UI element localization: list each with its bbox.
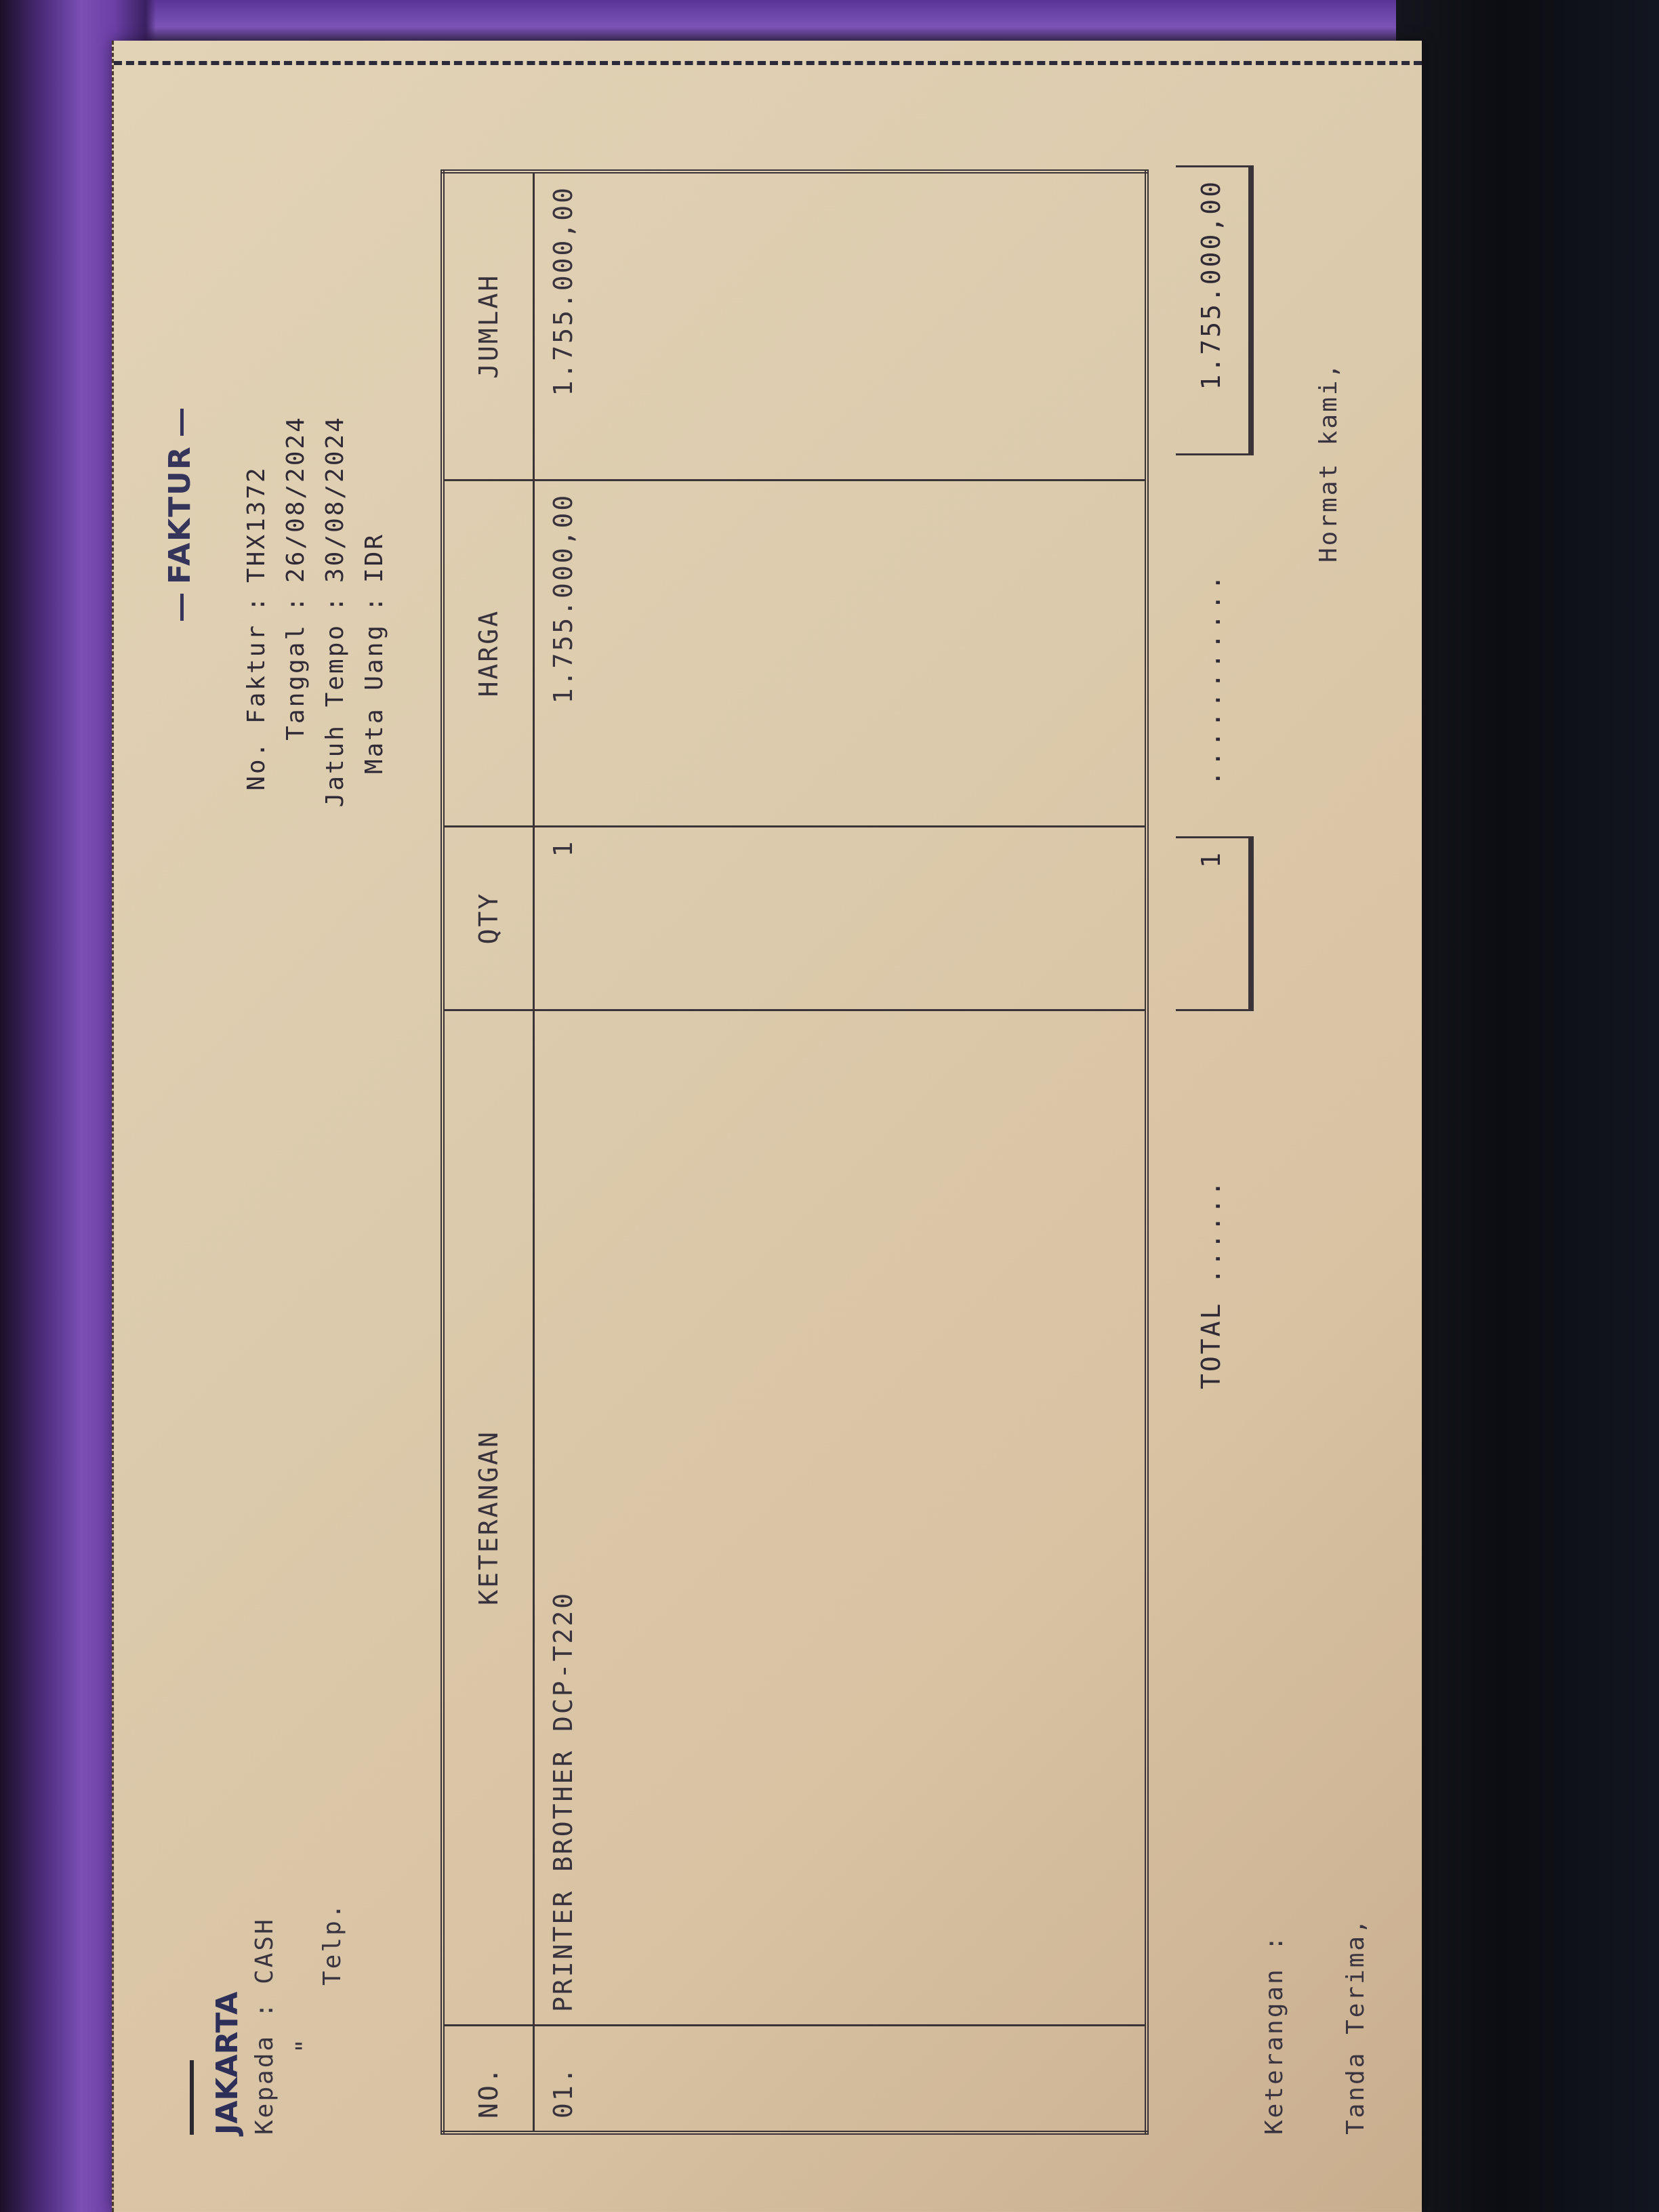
column-header-jumlah: JUMLAH xyxy=(443,171,534,480)
total-qty: 1 xyxy=(1176,838,1226,1009)
invoice-meta: No. Faktur : THX1372 Tanggal : 26/08/202… xyxy=(237,415,394,867)
company-city: JAKARTA xyxy=(210,1992,245,2135)
row-no: 01. xyxy=(534,2026,1147,2133)
invoice-number: THX1372 xyxy=(237,466,276,583)
dark-surface-background xyxy=(1396,0,1659,2212)
kepada-label: Kepada xyxy=(251,2034,279,2135)
items-table: NO. KETERANGAN QTY HARGA JUMLAH 01. PRIN… xyxy=(441,169,1149,2135)
column-header-keterangan: KETERANGAN xyxy=(443,1010,534,2025)
invoice-date: 26/08/2024 xyxy=(276,415,316,583)
row-jumlah: 1.755.000,00 xyxy=(534,171,1147,480)
row-qty: 1 xyxy=(534,826,1147,1010)
title-dash-right xyxy=(180,409,184,436)
address-mark: " xyxy=(291,2036,319,2053)
total-qty-box: 1 xyxy=(1176,836,1254,1011)
meta-row-no-faktur: No. Faktur : THX1372 xyxy=(237,415,276,867)
kepada-value: CASH xyxy=(251,1917,279,1984)
row-harga: 1.755.000,00 xyxy=(534,480,1147,826)
due-date: 30/08/2024 xyxy=(316,415,355,583)
invoice-document: JAKARTA Kepada : CASH " Telp. FAKTUR No.… xyxy=(149,54,1403,2155)
column-header-qty: QTY xyxy=(443,826,534,1010)
keterangan-label: Keterangan : xyxy=(1261,1934,1288,2135)
header-rule xyxy=(190,2060,194,2135)
total-amount-box: 1.755.000,00 xyxy=(1176,165,1254,455)
total-jumlah: 1.755.000,00 xyxy=(1176,167,1226,453)
table-row: 01. PRINTER BROTHER DCP-T220 1 1.755.000… xyxy=(534,171,1147,2133)
row-keterangan: PRINTER BROTHER DCP-T220 xyxy=(534,1010,1147,2025)
currency: IDR xyxy=(355,533,394,583)
kepada-line: Kepada : CASH xyxy=(251,1917,279,2135)
total-label: TOTAL ...... xyxy=(1196,1179,1226,1389)
table-header-row: NO. KETERANGAN QTY HARGA JUMLAH xyxy=(443,171,534,2133)
meta-row-mata-uang: Mata Uang : IDR xyxy=(355,415,394,867)
column-header-no: NO. xyxy=(443,2026,534,2133)
meta-row-tanggal: Tanggal : 26/08/2024 xyxy=(276,415,316,867)
tanda-terima-label: Tanda Terima, xyxy=(1342,1917,1370,2135)
column-header-harga: HARGA xyxy=(443,480,534,826)
telp-label: Telp. xyxy=(319,1902,346,1986)
total-row: TOTAL ...... 1 ........... 1.755.000,00 xyxy=(1176,169,1257,2135)
meta-row-jatuh-tempo: Jatuh Tempo : 30/08/2024 xyxy=(316,415,355,867)
title-dash-left xyxy=(180,594,184,621)
page-title: FAKTUR xyxy=(163,399,197,630)
total-dots: ........... xyxy=(1196,571,1226,786)
hormat-kami-label: Hormat kami, xyxy=(1315,362,1343,562)
